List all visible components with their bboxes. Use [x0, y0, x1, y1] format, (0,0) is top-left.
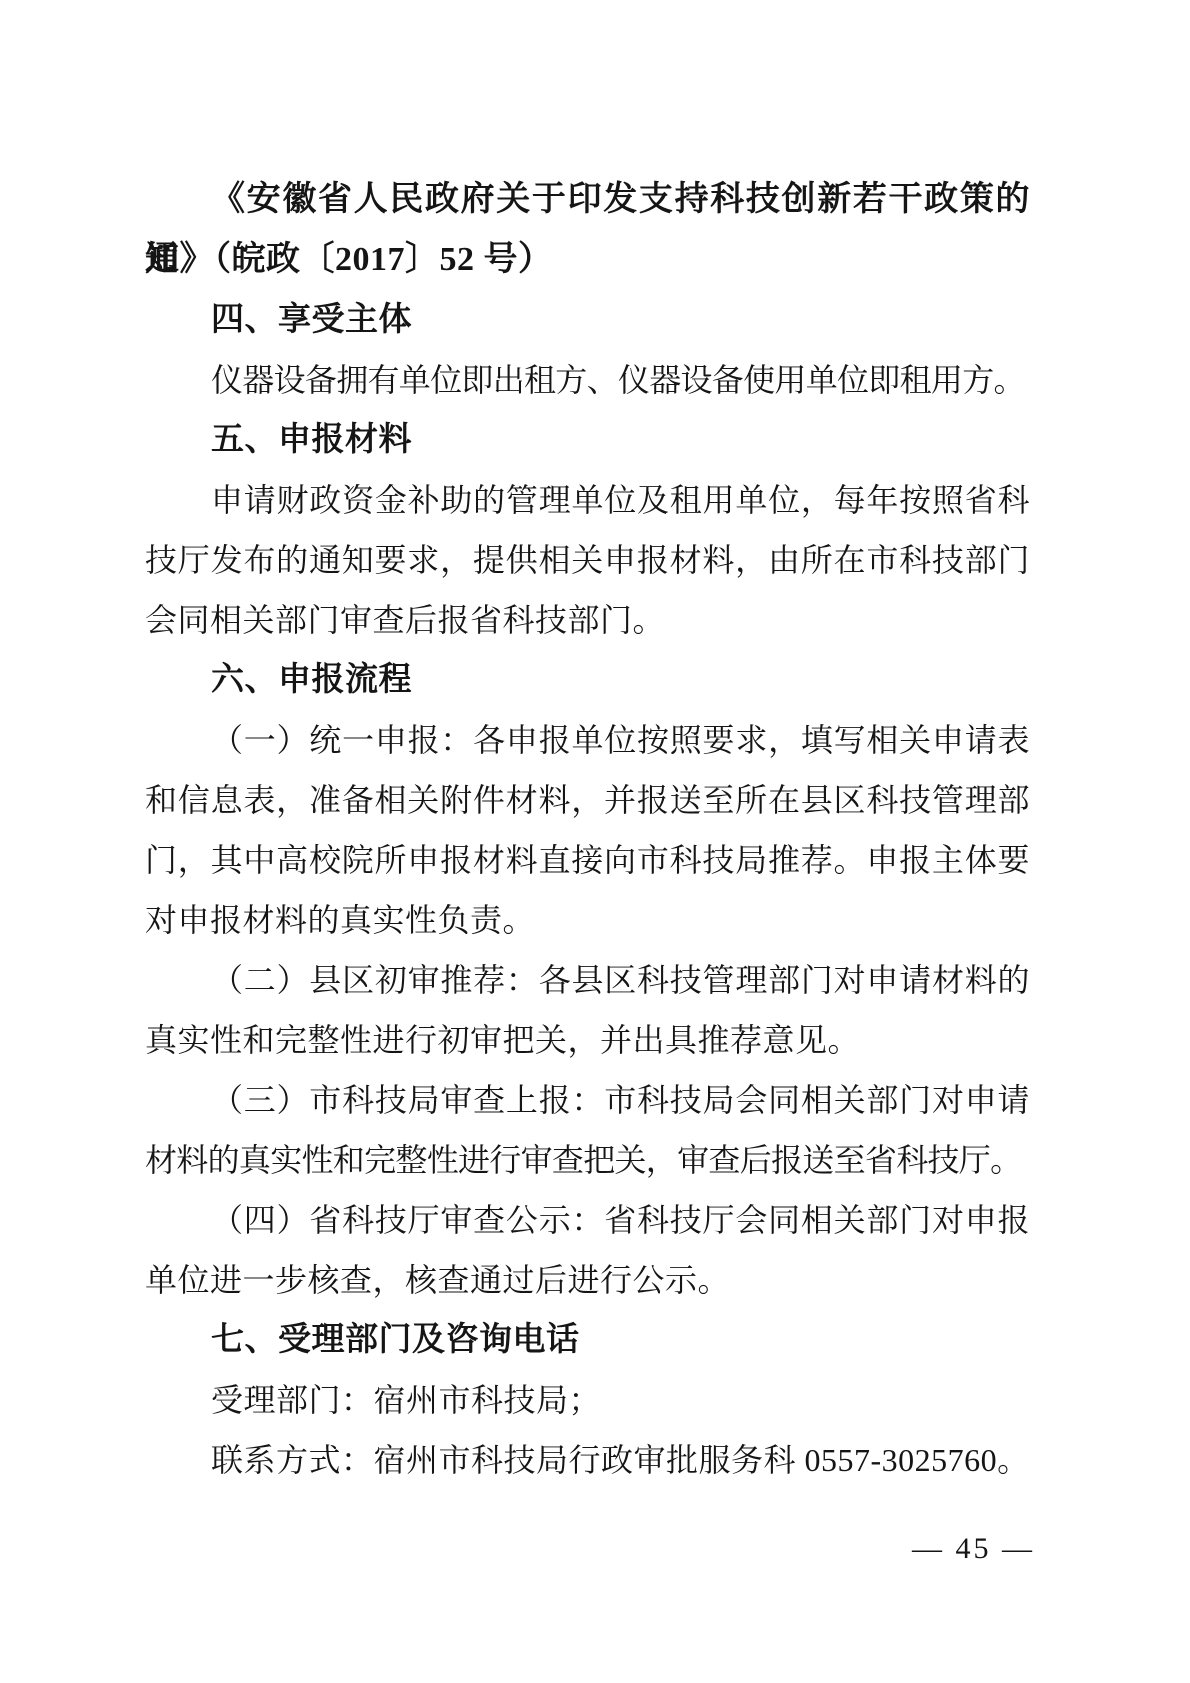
body-line: 和信息表，准备相关附件材料，并报送至所在县区科技管理部 — [145, 770, 1030, 830]
body-line: 仪器设备拥有单位即出租方、仪器设备使用单位即租用方。 — [145, 350, 1030, 410]
body-line: 对申报材料的真实性负责。 — [145, 890, 1030, 950]
body-line: 真实性和完整性进行初审把关，并出具推荐意见。 — [145, 1010, 1030, 1070]
body-line: 申请财政资金补助的管理单位及租用单位，每年按照省科 — [145, 470, 1030, 530]
section-heading-4: 四、享受主体 — [145, 290, 1030, 350]
body-line: 门，其中高校院所申报材料直接向市科技局推荐。申报主体要 — [145, 830, 1030, 890]
page-number: — 45 — — [912, 1532, 1035, 1566]
body-line: 单位进一步核查，核查通过后进行公示。 — [145, 1250, 1030, 1310]
body-line: 联系方式：宿州市科技局行政审批服务科 0557-3025760。 — [145, 1430, 1030, 1490]
body-line: （一）统一申报：各申报单位按照要求，填写相关申请表 — [145, 710, 1030, 770]
document-page: 《安徽省人民政府关于印发支持科技创新若干政策的通 知》（皖政〔2017〕52 号… — [0, 0, 1190, 1683]
section-heading-5: 五、申报材料 — [145, 410, 1030, 470]
body-line: （二）县区初审推荐：各县区科技管理部门对申请材料的 — [145, 950, 1030, 1010]
body-line: 会同相关部门审查后报省科技部门。 — [145, 590, 1030, 650]
body-line: 技厅发布的通知要求，提供相关申报材料，由所在市科技部门 — [145, 530, 1030, 590]
document-body: 《安徽省人民政府关于印发支持科技创新若干政策的通 知》（皖政〔2017〕52 号… — [145, 170, 1030, 1490]
body-line: （四）省科技厅审查公示：省科技厅会同相关部门对申报 — [145, 1190, 1030, 1250]
section-heading-7: 七、受理部门及咨询电话 — [145, 1310, 1030, 1370]
body-line: 受理部门：宿州市科技局； — [145, 1370, 1030, 1430]
body-line: （三）市科技局审查上报：市科技局会同相关部门对申请 — [145, 1070, 1030, 1130]
section-heading-6: 六、申报流程 — [145, 650, 1030, 710]
reference-title-line-2: 知》（皖政〔2017〕52 号） — [145, 230, 1030, 290]
reference-title-line-1: 《安徽省人民政府关于印发支持科技创新若干政策的通 — [145, 170, 1030, 230]
body-line: 材料的真实性和完整性进行审查把关，审查后报送至省科技厅。 — [145, 1130, 1030, 1190]
